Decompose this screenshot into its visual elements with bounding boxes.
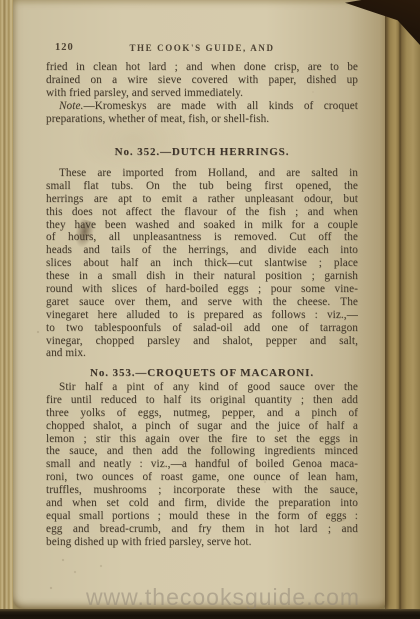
text-line: vinegar, chopped parsley and shalot, pep…: [46, 335, 358, 348]
text-line: fire until reduced to half its original …: [46, 394, 358, 407]
recipe-352-body: These are imported from Holland, and are…: [46, 167, 358, 360]
note-paragraph: Note.—Kromeskys are made with all kinds …: [46, 100, 358, 126]
text-line: drained on a wire sieve covered with pap…: [46, 74, 358, 87]
recipe-353-body: Stir half a pint of any kind of good sau…: [46, 381, 358, 549]
text-line: they have been washed and soaked in milk…: [46, 219, 358, 232]
book-cover-edge: [0, 609, 420, 619]
text-line: and mix.: [46, 347, 358, 360]
text-line: preparations, whether of meat, fish, or …: [46, 113, 358, 126]
text-line: the sauce, and then add the following in…: [46, 445, 358, 458]
recipe-352-heading: No. 352.—DUTCH HERRINGS.: [46, 146, 358, 158]
site-watermark: www.thecooksguide.com: [73, 584, 373, 611]
text-line: being dished up with fried parsley, serv…: [46, 536, 358, 549]
text-line: round with slices of hard-boiled eggs ; …: [46, 283, 358, 296]
scanned-book-page: 120 THE COOK'S GUIDE, AND fried in clean…: [0, 0, 420, 619]
note-text: —Kromeskys are made with all kinds of cr…: [83, 100, 358, 112]
text-line: truffles, mushrooms ; incorporate these …: [46, 484, 358, 497]
text-line: vinegaret here alluded to is prepared as…: [46, 309, 358, 322]
text-line: roni, two ounces of roast game, one ounc…: [46, 471, 358, 484]
text-line: equal small portions ; mould these in th…: [46, 510, 358, 523]
text-line: of hours, all unpleasantness is removed.…: [46, 231, 358, 244]
text-line: Note.—Kromeskys are made with all kinds …: [46, 100, 358, 113]
text-line: this does not affect the flavour of the …: [46, 206, 358, 219]
text-line: slices about half an inch thick—cut slan…: [46, 257, 358, 270]
book-binding-edge: [0, 0, 13, 609]
text-line: lemon ; stir this again over the fire to…: [46, 433, 358, 446]
note-label: Note.: [59, 100, 83, 112]
recipe-353-heading: No. 353.—CROQUETS OF MACARONI.: [46, 367, 358, 379]
text-line: with fried parsley, and served immediate…: [46, 87, 358, 100]
running-head: 120 THE COOK'S GUIDE, AND: [46, 42, 358, 55]
text-line: Stir half a pint of any kind of good sau…: [46, 381, 358, 394]
running-title: THE COOK'S GUIDE, AND: [46, 43, 358, 53]
page-block-edge: [385, 0, 420, 609]
text-line: chopped shalot, a pinch of sugar and the…: [46, 420, 358, 433]
text-line: three yolks of eggs, nutmeg, pepper, and…: [46, 407, 358, 420]
text-line: These are imported from Holland, and are…: [46, 167, 358, 180]
text-line: and when set cold and firm, divide the p…: [46, 497, 358, 510]
text-line: garet sauce over them, and serve with th…: [46, 296, 358, 309]
text-line: small flat tubs. On the tub being first …: [46, 180, 358, 193]
text-line: egg and bread-crumb, and fry them in hot…: [46, 523, 358, 536]
text-line: fried in clean hot lard ; and when done …: [46, 61, 358, 74]
text-line: heads and tails of the herrings, and div…: [46, 244, 358, 257]
intro-paragraph: fried in clean hot lard ; and when done …: [46, 61, 358, 100]
text-line: these in a small dish in their natural p…: [46, 270, 358, 283]
text-line: small and neatly : viz.,—a handful of bo…: [46, 458, 358, 471]
text-line: herrings are apt to emit a rather unplea…: [46, 193, 358, 206]
page-surface: 120 THE COOK'S GUIDE, AND fried in clean…: [13, 0, 385, 609]
text-line: to two tablespoonfuls of salad-oil add o…: [46, 322, 358, 335]
